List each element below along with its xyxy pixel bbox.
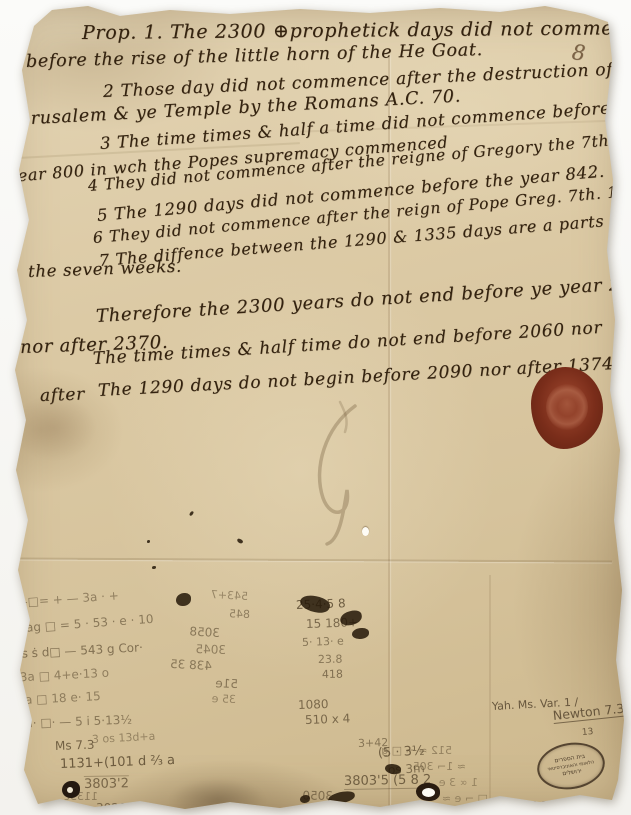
calc-scribble: ≈ 1¬ 305 [413, 760, 466, 773]
calc-scribble: Ms 7.3 [55, 738, 95, 753]
handwriting-line: the seven weeks. [28, 257, 183, 281]
calc-scribble: 1 ∝ 3 e [439, 776, 478, 789]
fold-crease-vertical [489, 575, 491, 815]
calc-scribble: 1332 [321, 800, 352, 815]
stamp-text: ירושלים [562, 768, 582, 778]
calc-scribble: ʃag □ = 5 · 53 · e · 10 [22, 612, 154, 635]
ink-stain [12, 396, 96, 460]
paper-shadow: Prop. 1. The 2300 ⊕prophetick days did n… [0, 0, 631, 815]
paper-hole-light [67, 787, 73, 793]
calc-scribble: 1131+(101 d ⅔ a [60, 753, 176, 772]
shelfmark-sub: 13 [582, 727, 594, 738]
calc-scribble: 3045 [195, 642, 226, 657]
calc-scribble: ≈ 3 5/7 m [505, 799, 560, 812]
wax-seal-highlight [546, 384, 588, 430]
calc-scribble: 51e [215, 676, 238, 691]
calc-scribble: 5· 13· e [302, 635, 344, 649]
page-number: 8 [571, 40, 587, 65]
ink-speck [152, 566, 156, 569]
ink-speck [189, 511, 194, 517]
fold-crease-horizontal [18, 557, 612, 562]
calc-scribble: 1080 [298, 697, 329, 712]
calc-scribble: 1s ṡ d□ — 543 g Cor· [14, 640, 144, 661]
calc-scribble: 5 3a □ 18 e· 15 [6, 689, 101, 708]
fold-crease-vertical [388, 55, 390, 815]
calc-scribble: 23.8 [318, 653, 343, 666]
handwriting-line: Therefore the 2300 years do not end befo… [95, 272, 631, 327]
calc-scribble: 3020 [96, 801, 127, 815]
calc-scribble: 512 ≈ ¬ □ g [381, 744, 452, 757]
calc-scribble: 35 e [212, 692, 237, 706]
calc-scribble: 418 [322, 668, 343, 681]
calc-scribble: 510 x 4 [305, 711, 351, 727]
calc-scribble: ʃg–□= + — 3a · + [10, 588, 120, 610]
manuscript-photo: Prop. 1. The 2300 ⊕prophetick days did n… [0, 0, 631, 815]
ink-blot [176, 593, 191, 606]
paper-hole-light [422, 788, 435, 797]
calc-scribble: 12351( [0, 778, 24, 792]
ink-speck [236, 538, 243, 545]
calc-scribble: 1 3d· □· — 5 i 5·13½ [6, 713, 132, 731]
ink-blot [298, 592, 331, 616]
ink-speck [147, 540, 150, 543]
handwriting-line: Prop. 1. The 2300 ⊕prophetick days did n… [82, 17, 631, 44]
paper: Prop. 1. The 2300 ⊕prophetick days did n… [0, 0, 631, 815]
calc-scribble: + 3a □ 4+e·13 o [6, 666, 110, 685]
ink-blot [352, 628, 369, 639]
calc-scribble: 438 35 [170, 657, 213, 673]
ink-stain [170, 778, 265, 815]
handwriting-line: before the rise of the little horn of th… [26, 40, 483, 72]
calc-scribble: 543+7 [210, 588, 248, 603]
calc-scribble: 1332 [0, 793, 14, 808]
calc-scribble: 3 os 13d+a [92, 730, 156, 746]
library-stamp: בית הספרים הלאומי והאוניברסיטאי ירושלים [534, 738, 608, 794]
white-speck [362, 527, 369, 536]
calc-scribble: 845 [229, 607, 250, 621]
ghost-writing [285, 398, 385, 553]
calc-scribble: □ ¬ e ≈ [442, 792, 488, 805]
ink-blot [339, 609, 363, 627]
calc-scribble: 3058 [189, 624, 220, 640]
